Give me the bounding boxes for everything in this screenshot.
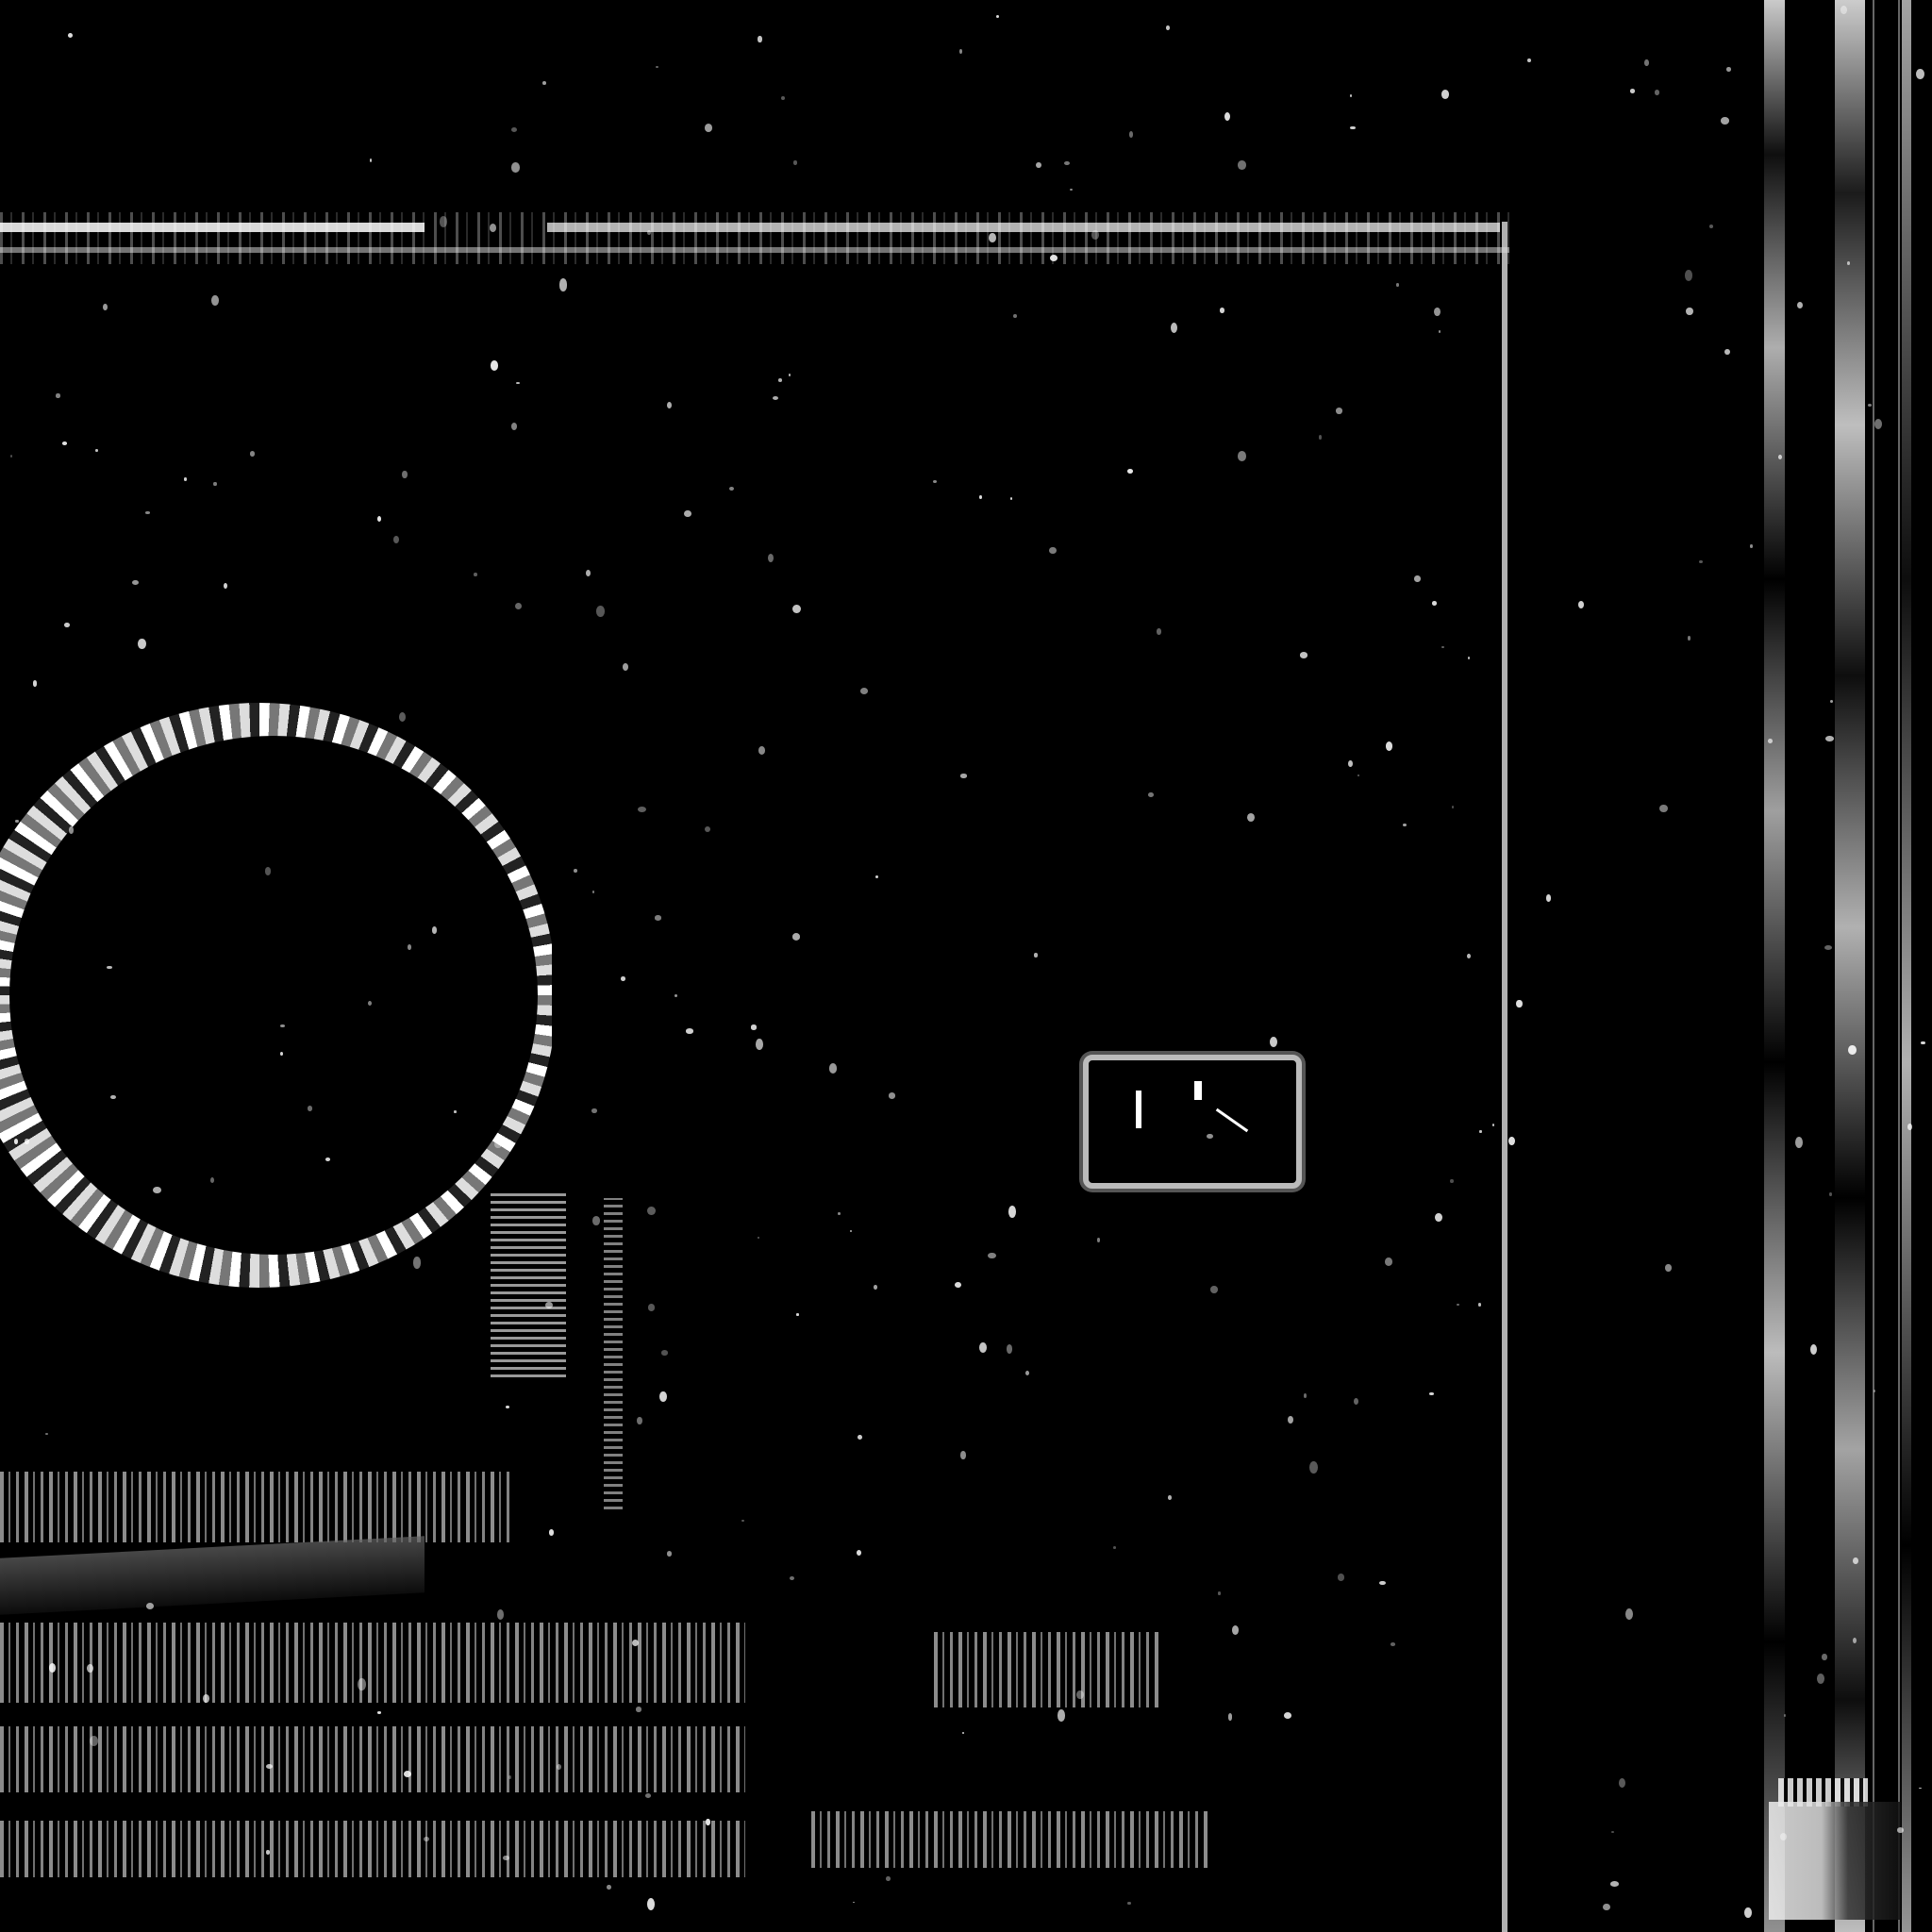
speck (1097, 1238, 1101, 1242)
speck (1516, 1000, 1523, 1008)
speck (1357, 774, 1360, 776)
speck (792, 605, 801, 613)
speck (1921, 1041, 1924, 1045)
speck (1625, 1608, 1633, 1620)
speck (549, 1529, 554, 1535)
speck (960, 1451, 965, 1459)
speck (1441, 90, 1449, 99)
speck (1435, 1213, 1441, 1222)
speck (1270, 1037, 1277, 1048)
speck (402, 471, 408, 478)
textured-floor-band (0, 1821, 745, 1877)
speck (1148, 792, 1153, 797)
speck (979, 495, 982, 499)
speck (33, 680, 38, 686)
speck (1726, 67, 1731, 72)
speck (1724, 349, 1730, 356)
vertical-pipe-thin (1898, 0, 1900, 1932)
speck (1284, 1712, 1291, 1719)
speck (857, 1550, 861, 1556)
speck (886, 1876, 890, 1881)
speck (659, 1391, 667, 1403)
speck (667, 1551, 672, 1557)
speck (1630, 89, 1635, 92)
speck (996, 15, 999, 18)
speck (875, 875, 878, 878)
speck (645, 1793, 651, 1798)
speck (933, 480, 937, 483)
speck (960, 774, 967, 777)
speck (1508, 1137, 1515, 1146)
speck (790, 1576, 794, 1580)
speck (1868, 404, 1873, 407)
textured-floor-band (811, 1811, 1207, 1868)
speck (1822, 1654, 1826, 1659)
speck (1224, 112, 1230, 121)
speck (1238, 451, 1246, 461)
speck (1429, 1392, 1433, 1395)
speck (850, 1230, 852, 1232)
textured-post (604, 1198, 623, 1509)
speck (858, 1435, 862, 1440)
speck (1874, 419, 1882, 429)
speck (1853, 1557, 1858, 1565)
speck (506, 1406, 509, 1408)
speck (1379, 1581, 1386, 1586)
speck (686, 1028, 694, 1034)
speck (1824, 945, 1832, 950)
speck (1348, 760, 1353, 768)
speck (1527, 58, 1531, 62)
speck (979, 1342, 987, 1354)
speck (45, 1433, 49, 1435)
speck (1064, 161, 1070, 166)
speck (838, 1212, 841, 1216)
speck (874, 1285, 877, 1289)
speck (203, 1694, 209, 1703)
speck (1247, 813, 1255, 822)
speck (1492, 1124, 1494, 1126)
speck (250, 451, 255, 456)
speck (655, 915, 662, 921)
speck (596, 606, 605, 616)
speck (1603, 1904, 1609, 1910)
speck (1034, 953, 1039, 958)
speck (586, 570, 591, 576)
framed-panel (1083, 1055, 1302, 1189)
speck (638, 807, 646, 812)
speck (1611, 1831, 1614, 1833)
speck (511, 423, 518, 431)
speck (1439, 330, 1441, 334)
speck (705, 124, 712, 132)
top-beam-lower (0, 247, 1509, 253)
debris-slab (0, 1536, 425, 1615)
speck (1468, 657, 1470, 659)
speck (1829, 1192, 1832, 1196)
speck (265, 867, 271, 875)
speck (1396, 283, 1399, 286)
speck (1008, 1206, 1016, 1218)
speck (1391, 1642, 1395, 1645)
speck (1919, 1788, 1922, 1790)
panel-highlight (1194, 1081, 1202, 1100)
speck (1432, 601, 1437, 606)
speck (1220, 308, 1224, 313)
speck (647, 1207, 656, 1215)
speck (1619, 1778, 1625, 1789)
speck (1403, 824, 1407, 826)
speck (1686, 308, 1692, 315)
speck (574, 869, 577, 873)
speck (62, 441, 67, 444)
speck (675, 994, 677, 997)
speck (1007, 1344, 1012, 1353)
speck (778, 378, 783, 382)
speck (1817, 1674, 1824, 1684)
speck (424, 1837, 429, 1841)
speck (648, 1304, 655, 1310)
speck (792, 933, 801, 941)
speck (741, 1520, 743, 1522)
speck (637, 1417, 642, 1424)
speck (1916, 69, 1924, 79)
speck (1218, 1591, 1222, 1594)
speck (377, 516, 381, 522)
speck (1467, 954, 1471, 958)
circular-object (9, 736, 538, 1255)
speck (494, 1141, 501, 1148)
speck (647, 1898, 655, 1910)
speck (1232, 1625, 1239, 1635)
speck (68, 33, 73, 38)
speck (1750, 544, 1753, 548)
speck (491, 360, 498, 370)
speck (1354, 1398, 1358, 1405)
textured-floor-band (0, 1726, 745, 1792)
speck (796, 1313, 799, 1315)
speck (1847, 261, 1850, 265)
speck (393, 536, 399, 543)
speck (684, 510, 691, 517)
speck (1825, 736, 1833, 741)
speck (1210, 1286, 1218, 1293)
speck (793, 160, 797, 165)
textured-floor-band (0, 1623, 745, 1703)
speck (515, 603, 522, 609)
top-beam-left (0, 223, 425, 232)
speck (64, 623, 70, 627)
speck (1300, 652, 1308, 658)
speck (1166, 25, 1170, 30)
speck (1685, 270, 1692, 280)
speck (1797, 302, 1803, 308)
speck (516, 382, 520, 384)
speck (49, 1663, 56, 1673)
speck (266, 1850, 270, 1855)
speck (1386, 741, 1393, 751)
speck (503, 1856, 508, 1860)
speck (1036, 162, 1041, 168)
speck (15, 820, 19, 824)
speck (1768, 739, 1772, 743)
speck (1025, 1371, 1029, 1375)
speck (325, 1158, 330, 1161)
speck (145, 511, 149, 514)
speck (1013, 314, 1017, 318)
speck (1171, 323, 1177, 333)
speck (210, 1177, 214, 1183)
speck (1610, 1881, 1619, 1887)
speck (1070, 189, 1073, 191)
wall-edge-line (1502, 222, 1507, 1932)
speck (623, 663, 629, 672)
speck (1830, 700, 1833, 703)
speck (1288, 1416, 1293, 1424)
panel-highlight (1216, 1108, 1248, 1132)
speck (1050, 255, 1058, 261)
speck (1157, 628, 1161, 634)
textured-column (491, 1189, 566, 1377)
framed-panel-interior (1100, 1072, 1285, 1172)
speck (1457, 1304, 1458, 1306)
speck (705, 826, 710, 832)
speck (103, 304, 108, 310)
textured-floor-band (934, 1632, 1160, 1707)
speck (1699, 560, 1703, 563)
speck (511, 162, 520, 172)
speck (1479, 1130, 1481, 1134)
speck (1350, 94, 1353, 98)
speck (1450, 1179, 1454, 1184)
speck (1795, 1137, 1803, 1149)
speck (621, 976, 626, 981)
speck (955, 1282, 961, 1288)
speck (758, 1237, 760, 1239)
speck (667, 402, 672, 408)
speck (592, 891, 594, 892)
speck (1659, 805, 1667, 812)
speck (962, 1732, 964, 1734)
speck (647, 230, 650, 235)
speck (1414, 575, 1420, 581)
speck (1907, 1124, 1912, 1130)
speck (511, 127, 517, 132)
speck (781, 96, 785, 100)
photo-scene (0, 0, 1932, 1932)
speck (860, 688, 868, 693)
speck (25, 1139, 29, 1143)
speck (508, 1775, 511, 1779)
speck (1338, 1574, 1344, 1580)
speck (1848, 1045, 1857, 1055)
speck (1168, 1495, 1172, 1500)
speck (1385, 1257, 1392, 1266)
speck (138, 639, 145, 649)
speck (1721, 117, 1729, 125)
speck (889, 1092, 896, 1099)
speck (773, 396, 778, 400)
speck (636, 1707, 641, 1711)
top-beam-right (547, 223, 1500, 232)
vertical-pipe (1764, 0, 1785, 1932)
speck (1778, 455, 1782, 459)
vertical-pipe (1835, 0, 1865, 1932)
speck (211, 295, 218, 306)
speck (1228, 1713, 1233, 1721)
speck (110, 1095, 116, 1099)
speck (1578, 601, 1584, 608)
speck (661, 1350, 668, 1355)
speck (758, 36, 761, 42)
speck (729, 487, 734, 491)
speck (1309, 1461, 1318, 1474)
speck (132, 580, 139, 585)
speck (542, 81, 546, 85)
speck (10, 455, 12, 458)
beam-texture (0, 212, 1509, 264)
speck (1350, 126, 1356, 130)
speck (90, 1736, 98, 1746)
speck (146, 1603, 154, 1609)
textured-floor-band (0, 1472, 509, 1542)
speck (829, 1063, 837, 1073)
speck (656, 66, 658, 69)
speck (1058, 1709, 1066, 1722)
speck (280, 1024, 285, 1027)
speck (1049, 547, 1057, 554)
speck (280, 1052, 283, 1056)
speck (1709, 225, 1713, 228)
speck (1744, 1907, 1752, 1918)
speck (751, 1024, 758, 1029)
speck (1441, 646, 1444, 648)
speck (959, 49, 962, 54)
speck (224, 583, 227, 589)
speck (1010, 497, 1012, 500)
speck (413, 1257, 422, 1268)
speck (1665, 1264, 1671, 1272)
speck (1238, 160, 1246, 169)
speck (1546, 894, 1551, 902)
speck (1127, 1902, 1131, 1906)
speck (758, 746, 765, 755)
corner-block (1769, 1802, 1901, 1920)
speck (1076, 1690, 1084, 1699)
speck (95, 449, 98, 453)
speck (1478, 1303, 1482, 1307)
speck (408, 944, 411, 949)
speck (399, 712, 406, 722)
speck (497, 1609, 505, 1620)
speck (370, 158, 372, 161)
speck (1452, 806, 1455, 809)
speck (474, 573, 476, 576)
speck (56, 393, 59, 397)
speck (989, 233, 995, 242)
speck (706, 1819, 709, 1825)
speck (87, 1664, 92, 1673)
speck (768, 554, 774, 562)
speck (1874, 1390, 1875, 1392)
vertical-pipe-thin (1873, 0, 1874, 1932)
speck (184, 477, 187, 480)
speck (1336, 408, 1342, 413)
speck (1644, 59, 1648, 66)
speck (988, 1253, 996, 1259)
speck (756, 1039, 763, 1050)
speck (1784, 1714, 1786, 1716)
speck (1319, 435, 1322, 440)
speck (377, 1711, 381, 1714)
speck (1688, 636, 1690, 641)
speck (1655, 90, 1659, 95)
speck (1127, 469, 1134, 474)
panel-highlight (1136, 1091, 1141, 1128)
speck (1810, 1344, 1817, 1355)
speck (358, 1678, 365, 1690)
speck (607, 1885, 611, 1890)
speck (559, 278, 568, 291)
speck (853, 1902, 855, 1904)
speck (1129, 131, 1134, 138)
speck (789, 374, 791, 376)
vertical-pipe (1902, 0, 1911, 1932)
speck (1304, 1393, 1307, 1398)
speck (213, 482, 216, 486)
speck (1840, 6, 1847, 14)
speck (1113, 1546, 1116, 1549)
speck (1434, 308, 1441, 316)
